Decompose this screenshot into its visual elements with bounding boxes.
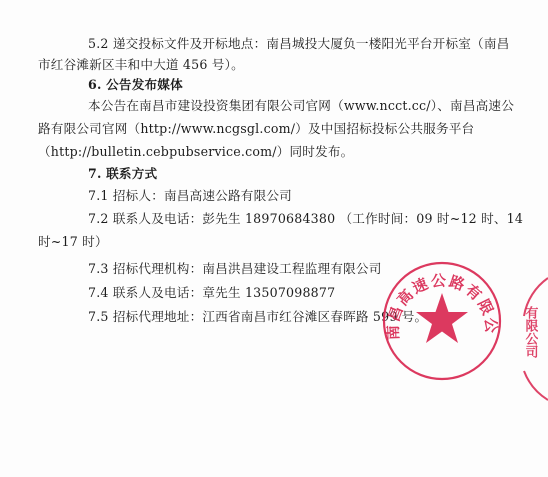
company-seal-stamp: 南昌高速公路有限公司 — [380, 259, 504, 383]
section-7-5-agency-address: 7.5 招标代理地址：江西省南昌市红谷滩区春晖路 599 号。 — [88, 309, 427, 325]
section-7-3-agency: 7.3 招标代理机构：南昌洪昌建设工程监理有限公司 — [88, 261, 382, 277]
section-6-heading: 6. 公告发布媒体 — [88, 77, 183, 93]
section-7-heading: 7. 联系方式 — [88, 166, 157, 182]
star-icon — [416, 293, 468, 343]
section-7-1-tenderer: 7.1 招标人：南昌高速公路有限公司 — [88, 188, 292, 204]
section-5-2-line-1: 5.2 递交投标文件及开标地点：南昌城投大厦负一楼阳光平台开标室（南昌 — [88, 36, 509, 52]
section-7-2-contact-line-1: 7.2 联系人及电话：彭先生 18970684380 （工作时间：09 时~12… — [88, 211, 523, 227]
section-6-line-3: （http://bulletin.cebpubservice.com/）同时发布… — [38, 144, 353, 160]
section-7-2-contact-line-2: 时~17 时） — [38, 234, 108, 250]
section-6-line-1: 本公告在南昌市建设投资集团有限公司官网（www.ncct.cc/）、南昌高速公 — [88, 98, 514, 114]
partial-seal-stamp: 有限公司 — [520, 276, 548, 406]
document-page: 5.2 递交投标文件及开标地点：南昌城投大厦负一楼阳光平台开标室（南昌 市红谷滩… — [0, 0, 548, 477]
section-6-line-2: 路有限公司官网（http://www.ncgsgl.com/）及中国招标投标公共… — [38, 121, 474, 137]
section-7-4-agency-contact: 7.4 联系人及电话：章先生 13507098877 — [88, 285, 335, 301]
section-5-2-line-2: 市红谷滩新区丰和中大道 456 号）。 — [38, 57, 244, 73]
partial-seal-text: 有限公司 — [523, 305, 539, 359]
